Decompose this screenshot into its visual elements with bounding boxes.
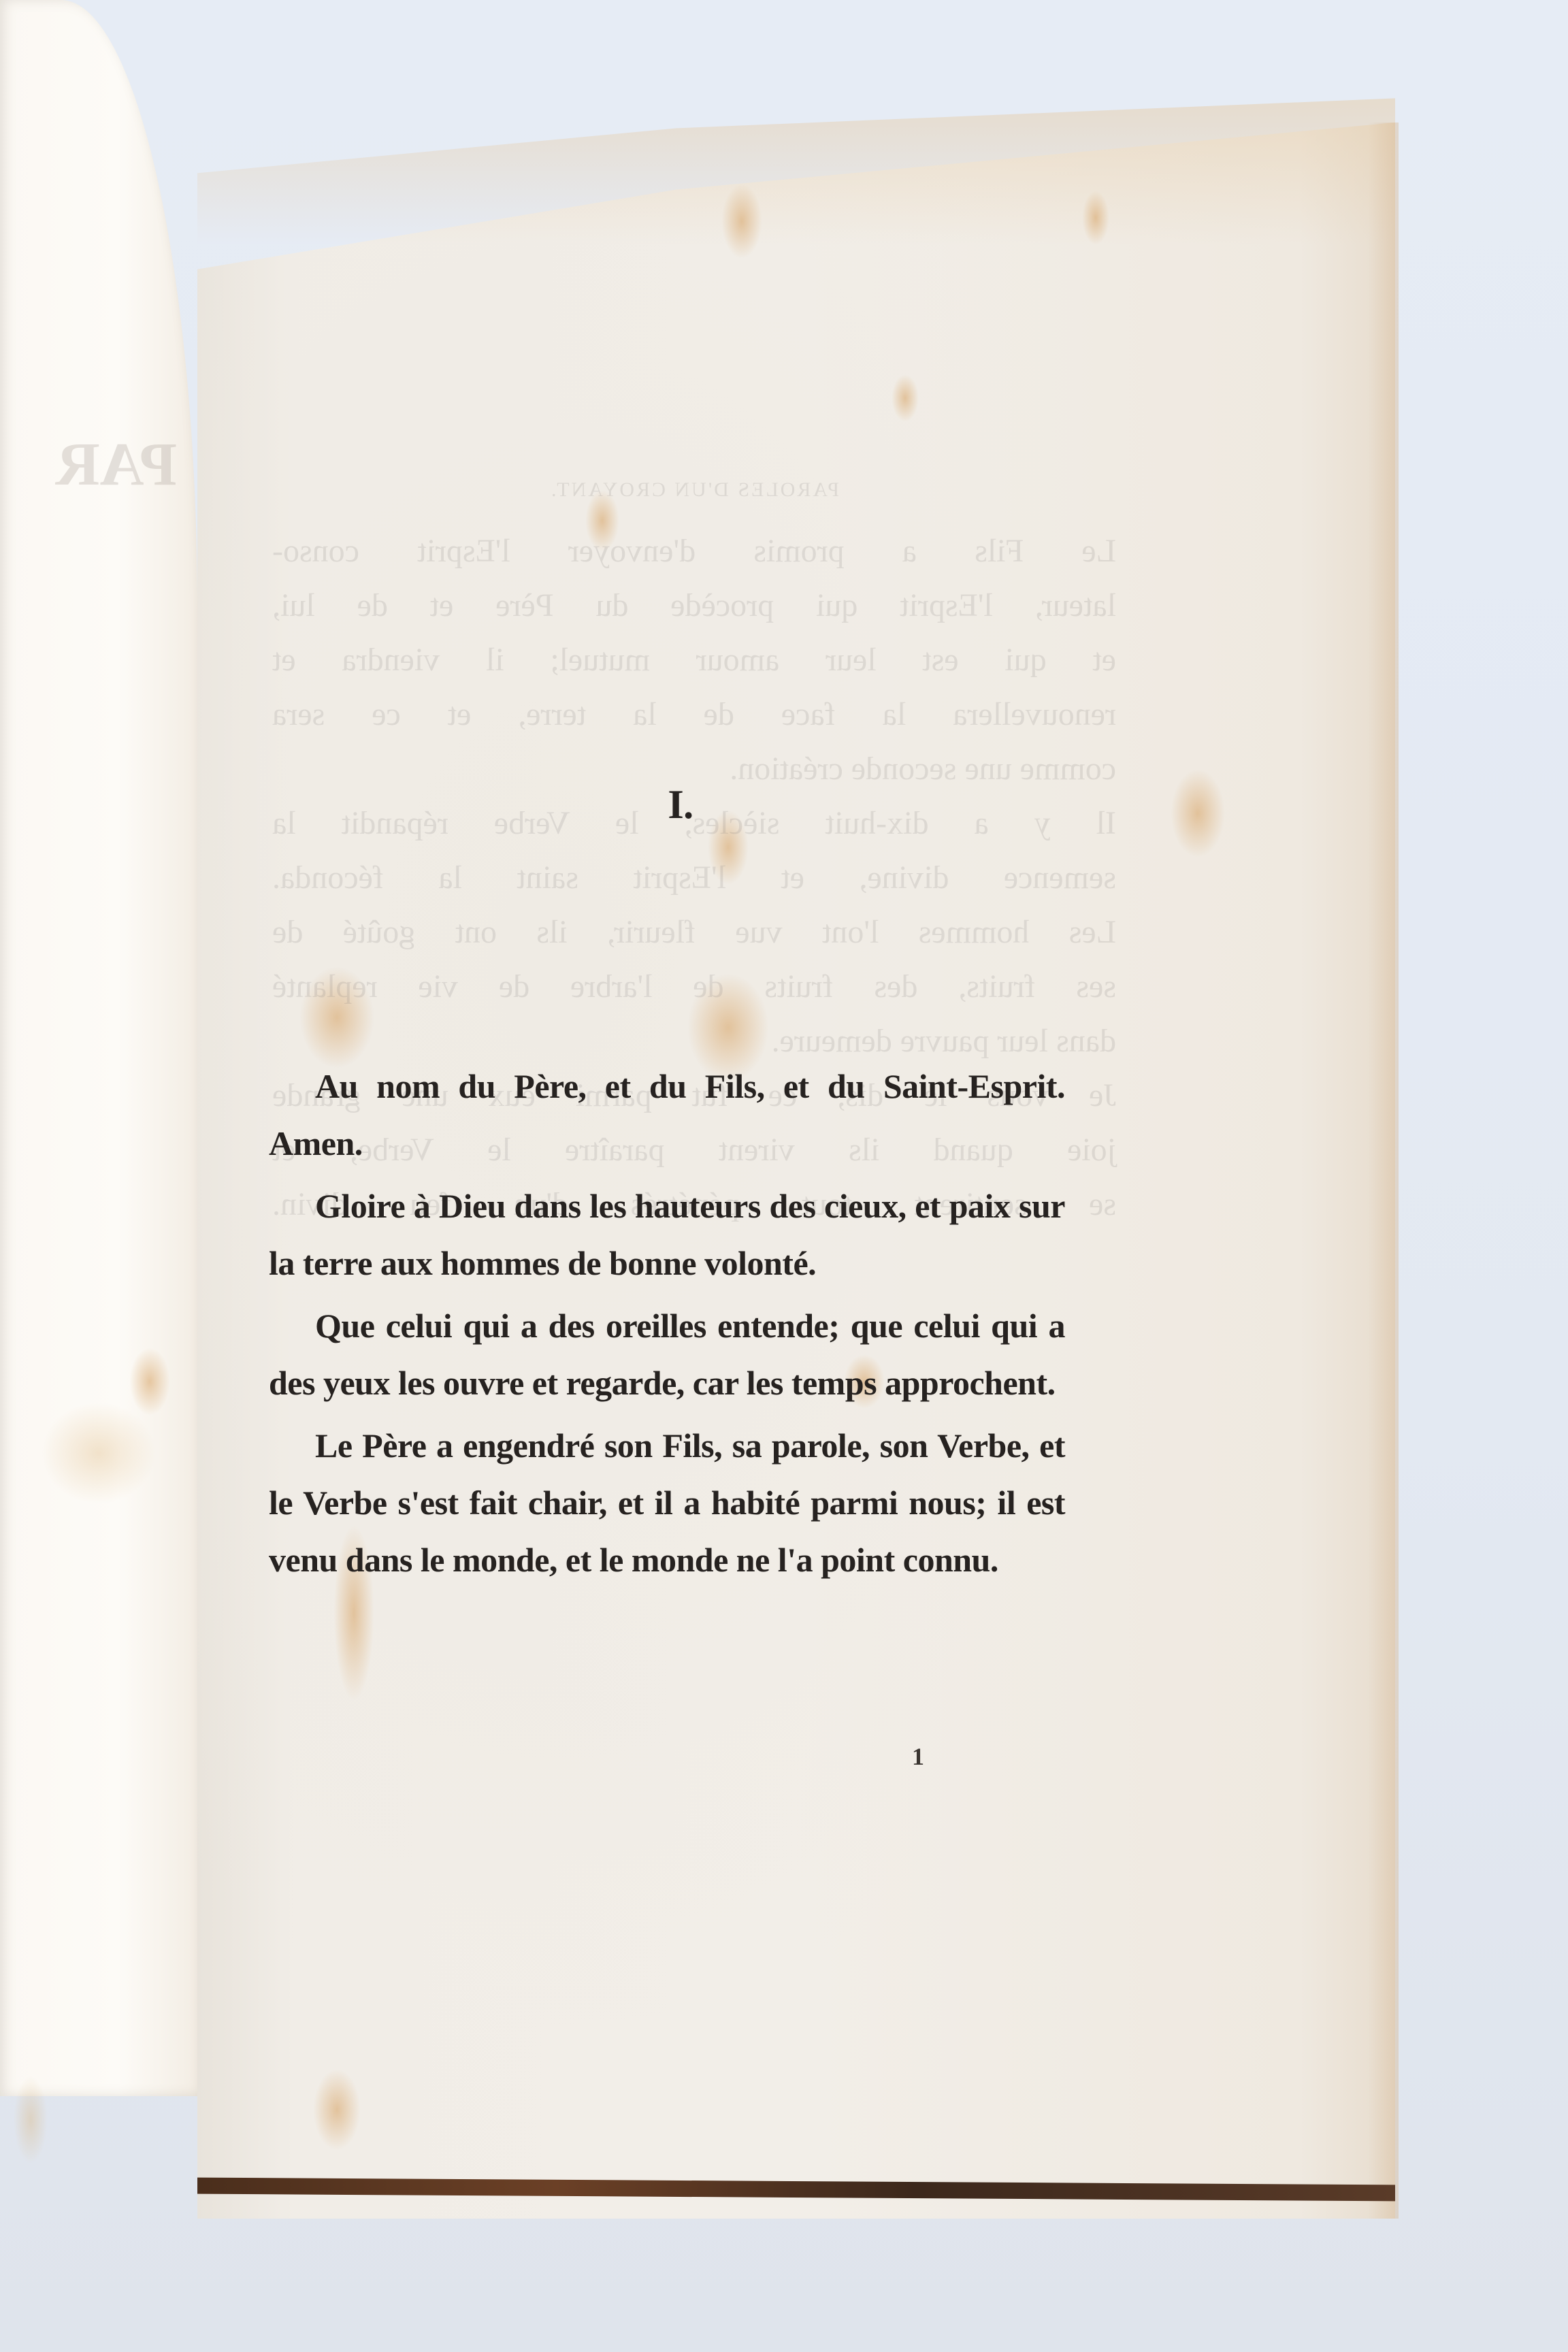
foxing-stain bbox=[313, 2069, 361, 2151]
foxing-stain bbox=[892, 374, 919, 422]
foxing-stain bbox=[1171, 769, 1225, 857]
left-page: PAR bbox=[0, 0, 197, 2096]
bleed-running-header: PAROLES D'UN CROYANT. bbox=[272, 463, 1116, 517]
foxing-stain bbox=[14, 2076, 48, 2164]
foxing-stain bbox=[41, 1402, 157, 1504]
bleed-line: Le Fils a promis d'envoyer l'Esprit cons… bbox=[272, 524, 1116, 578]
foxing-stain bbox=[721, 184, 762, 259]
page-edge-tint bbox=[1368, 122, 1399, 2219]
paragraph: Gloire à Dieu dans les hauteurs des cieu… bbox=[269, 1177, 1065, 1292]
bleed-line: renouvellera la face de la terre, et ce … bbox=[272, 687, 1116, 742]
chapter-numeral: I. bbox=[269, 776, 1065, 833]
left-page-bleed-through: PAR bbox=[41, 422, 177, 508]
paragraph: Le Père a engendré son Fils, sa parole, … bbox=[269, 1417, 1065, 1588]
page-number: 1 bbox=[912, 1742, 924, 1771]
paragraph: Au nom du Père, et du Fils, et du Saint-… bbox=[269, 1058, 1065, 1172]
foxing-stain bbox=[1082, 191, 1109, 245]
page-top-discoloration bbox=[197, 95, 1395, 245]
bleed-line: et qui est leur amour mutuel; il viendra… bbox=[272, 633, 1116, 687]
paragraph: Que celui qui a des oreilles entende; qu… bbox=[269, 1297, 1065, 1411]
bleed-line: lateur, l'Esprit qui procède du Père et … bbox=[272, 578, 1116, 633]
foxing-stain bbox=[129, 1347, 170, 1416]
page-text: I. Au nom du Père, et du Fils, et du Sai… bbox=[269, 776, 1065, 1594]
